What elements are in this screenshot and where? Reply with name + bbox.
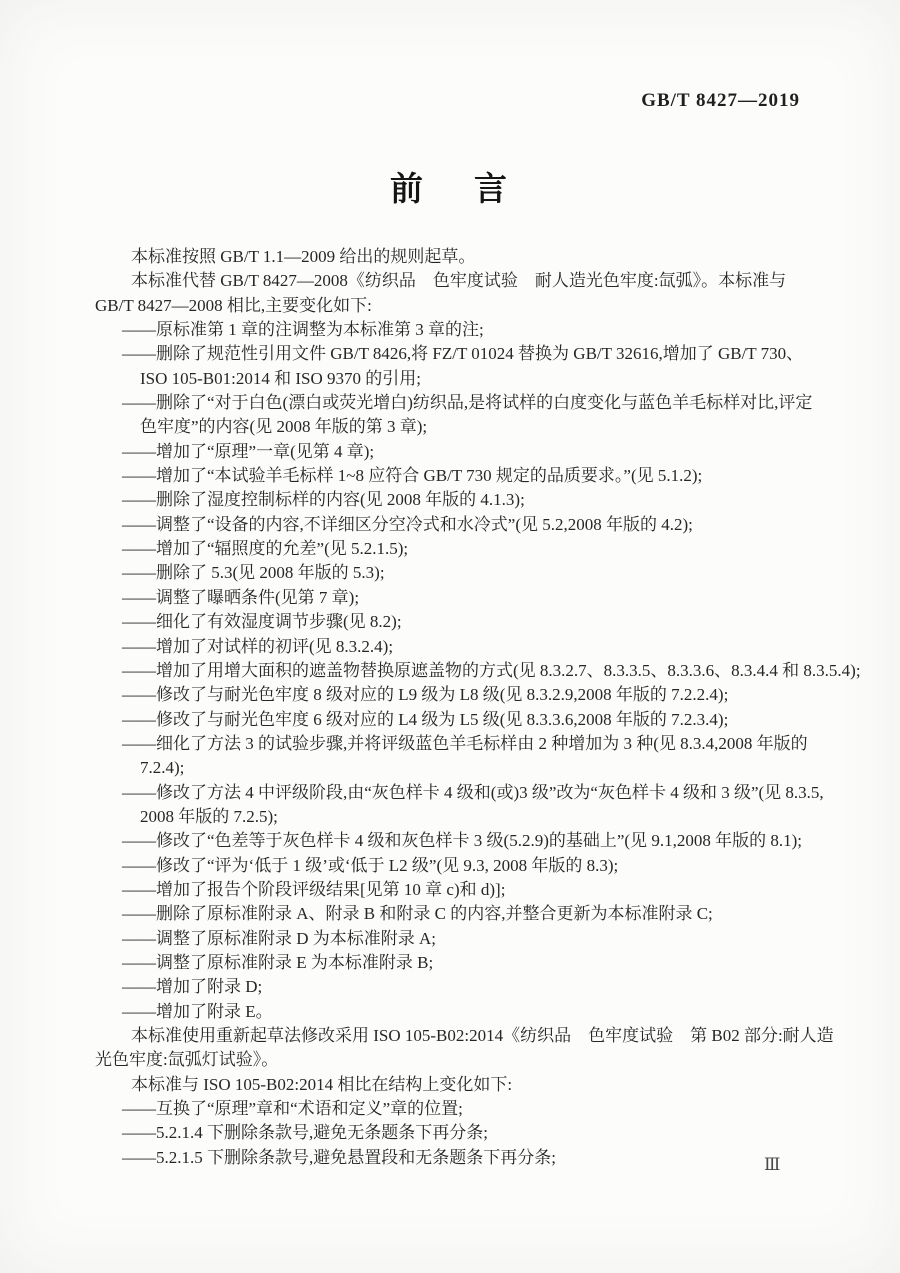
bullet-line: 7.2.4); bbox=[95, 756, 835, 780]
bullet-line: ——增加了对试样的初评(见 8.3.2.4); bbox=[95, 635, 835, 659]
bullet-line: ——修改了与耐光色牢度 8 级对应的 L9 级为 L8 级(见 8.3.2.9,… bbox=[95, 683, 835, 707]
text-line: 光色牢度:氙弧灯试验》。 bbox=[95, 1048, 835, 1072]
bullet-line: ——增加了用增大面积的遮盖物替换原遮盖物的方式(见 8.3.2.7、8.3.3.… bbox=[95, 659, 835, 683]
bullet-line: 色牢度”的内容(见 2008 年版的第 3 章); bbox=[95, 415, 835, 439]
document-page: GB/T 8427—2019 前 言 本标准按照 GB/T 1.1—2009 给… bbox=[0, 0, 900, 1273]
page-number: Ⅲ bbox=[764, 1155, 781, 1175]
bullet-line: ——增加了“辐照度的允差”(见 5.2.1.5); bbox=[95, 537, 835, 561]
bullet-line: ——5.2.1.5 下删除条款号,避免悬置段和无条题条下再分条; bbox=[95, 1146, 835, 1170]
bullet-line: ——细化了方法 3 的试验步骤,并将评级蓝色羊毛标样由 2 种增加为 3 种(见… bbox=[95, 732, 835, 756]
bullet-line: ——增加了报告个阶段评级结果[见第 10 章 c)和 d)]; bbox=[95, 878, 835, 902]
bullet-line: ——删除了湿度控制标样的内容(见 2008 年版的 4.1.3); bbox=[95, 488, 835, 512]
bullet-line: ——增加了附录 D; bbox=[95, 975, 835, 999]
text-line: 本标准代替 GB/T 8427—2008《纺织品 色牢度试验 耐人造光色牢度:氙… bbox=[95, 269, 835, 293]
foreword-body: 本标准按照 GB/T 1.1—2009 给出的规则起草。本标准代替 GB/T 8… bbox=[95, 245, 835, 1170]
bullet-line: ——增加了“本试验羊毛标样 1~8 应符合 GB/T 730 规定的品质要求。”… bbox=[95, 464, 835, 488]
text-line: 本标准使用重新起草法修改采用 ISO 105-B02:2014《纺织品 色牢度试… bbox=[95, 1024, 835, 1048]
bullet-line: ISO 105-B01:2014 和 ISO 9370 的引用; bbox=[95, 367, 835, 391]
bullet-line: ——调整了原标准附录 D 为本标准附录 A; bbox=[95, 927, 835, 951]
bullet-line: ——调整了曝晒条件(见第 7 章); bbox=[95, 586, 835, 610]
bullet-line: ——删除了“对于白色(漂白或荧光增白)纺织品,是将试样的白度变化与蓝色羊毛标样对… bbox=[95, 391, 835, 415]
bullet-line: ——增加了“原理”一章(见第 4 章); bbox=[95, 440, 835, 464]
bullet-line: ——5.2.1.4 下删除条款号,避免无条题条下再分条; bbox=[95, 1121, 835, 1145]
bullet-line: ——原标准第 1 章的注调整为本标准第 3 章的注; bbox=[95, 318, 835, 342]
text-line: 本标准与 ISO 105-B02:2014 相比在结构上变化如下: bbox=[95, 1073, 835, 1097]
text-line: 本标准按照 GB/T 1.1—2009 给出的规则起草。 bbox=[95, 245, 835, 269]
bullet-line: ——修改了“评为‘低于 1 级’或‘低于 L2 级”(见 9.3, 2008 年… bbox=[95, 854, 835, 878]
bullet-line: ——调整了原标准附录 E 为本标准附录 B; bbox=[95, 951, 835, 975]
bullet-line: ——删除了规范性引用文件 GB/T 8426,将 FZ/T 01024 替换为 … bbox=[95, 342, 835, 366]
text-line: GB/T 8427—2008 相比,主要变化如下: bbox=[95, 294, 835, 318]
bullet-line: ——细化了有效湿度调节步骤(见 8.2); bbox=[95, 610, 835, 634]
bullet-line: ——修改了与耐光色牢度 6 级对应的 L4 级为 L5 级(见 8.3.3.6,… bbox=[95, 708, 835, 732]
bullet-line: 2008 年版的 7.2.5); bbox=[95, 805, 835, 829]
standard-code: GB/T 8427—2019 bbox=[641, 90, 800, 112]
bullet-line: ——互换了“原理”章和“术语和定义”章的位置; bbox=[95, 1097, 835, 1121]
bullet-line: ——修改了“色差等于灰色样卡 4 级和灰色样卡 3 级(5.2.9)的基础上”(… bbox=[95, 829, 835, 853]
bullet-line: ——删除了原标准附录 A、附录 B 和附录 C 的内容,并整合更新为本标准附录 … bbox=[95, 902, 835, 926]
bullet-line: ——增加了附录 E。 bbox=[95, 1000, 835, 1024]
bullet-line: ——修改了方法 4 中评级阶段,由“灰色样卡 4 级和(或)3 级”改为“灰色样… bbox=[95, 781, 835, 805]
bullet-line: ——删除了 5.3(见 2008 年版的 5.3); bbox=[95, 561, 835, 585]
page-title: 前 言 bbox=[95, 163, 811, 210]
bullet-line: ——调整了“设备的内容,不详细区分空冷式和水冷式”(见 5.2,2008 年版的… bbox=[95, 513, 835, 537]
